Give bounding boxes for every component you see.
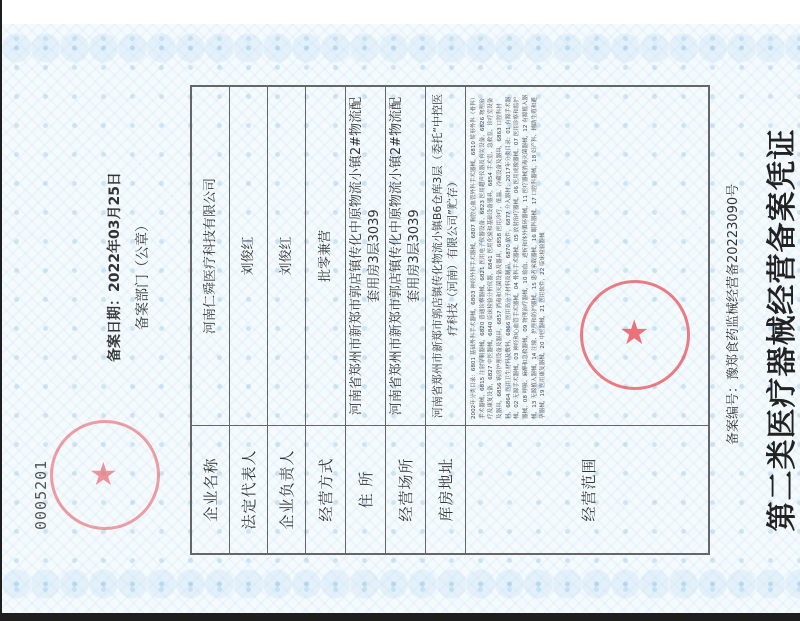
row-person-in-charge: 企业负责人 刘俊红 [268, 87, 306, 553]
label-person-in-charge: 企业负责人 [268, 425, 305, 553]
value-business-premises: 河南省郑州市新郑市郭店镇传化中原物流小镇2#物流配套用房3层3039 [386, 87, 425, 425]
certificate-scan: 第二类医疗器械经营备案凭证 备案编号：豫郑食药监械经营备20223090号 企业… [2, 0, 800, 613]
filing-authority-label: 备案部门（公章） [132, 218, 152, 330]
filing-date: 备案日期：2022年03月25日 [104, 172, 124, 362]
decorative-border-top [2, 24, 800, 64]
label-business-scope: 经营范围 [466, 425, 710, 553]
row-business-mode: 经营方式 批零兼营 [306, 87, 346, 553]
row-warehouse-address: 库房地址 河南省郑州市新郑市郭店镇传化物流小镇B6仓库3层（委托“中控医疗科技（… [426, 87, 466, 553]
value-legal-representative: 刘俊红 [230, 87, 267, 425]
certificate-title: 第二类医疗器械经营备案凭证 [757, 115, 800, 545]
label-business-mode: 经营方式 [306, 425, 345, 553]
label-company-name: 企业名称 [192, 425, 229, 553]
seal-star-icon: ★ [89, 455, 118, 493]
record-number-value: 豫郑食药监械经营备20223090号 [726, 184, 741, 380]
filing-date-value: 2022年03月25日 [107, 172, 123, 292]
row-legal-representative: 法定代表人 刘俊红 [230, 87, 268, 553]
company-seal: ★ [580, 280, 690, 390]
value-person-in-charge: 刘俊红 [268, 87, 305, 425]
seal-star-icon: ★ [619, 313, 649, 353]
label-domicile: 住 所 [346, 425, 385, 553]
row-company-name: 企业名称 河南仁舜医疗科技有限公司 [192, 87, 230, 553]
row-domicile: 住 所 河南省郑州市新郑市郭店镇传化中原物流小镇2#物流配套用房3层3039 [346, 87, 386, 553]
value-business-mode: 批零兼营 [306, 87, 345, 425]
label-legal-representative: 法定代表人 [230, 425, 267, 553]
record-number: 备案编号：豫郑食药监械经营备20223090号 [722, 184, 741, 445]
authority-seal: ★ [50, 420, 160, 530]
value-domicile: 河南省郑州市新郑市郭店镇传化中原物流小镇2#物流配套用房3层3039 [346, 87, 385, 425]
row-business-premises: 经营场所 河南省郑州市新郑市郭店镇传化中原物流小镇2#物流配套用房3层3039 [386, 87, 426, 553]
label-warehouse-address: 库房地址 [426, 425, 465, 553]
filing-date-label: 备案日期： [107, 292, 123, 362]
serial-number: 0005201 [32, 460, 50, 530]
value-warehouse-address: 河南省郑州市新郑市郭店镇传化物流小镇B6仓库3层（委托“中控医疗科技（河南）有限… [426, 87, 465, 425]
value-company-name: 河南仁舜医疗科技有限公司 [192, 87, 229, 425]
record-number-label: 备案编号： [726, 380, 741, 445]
label-business-premises: 经营场所 [386, 425, 425, 553]
